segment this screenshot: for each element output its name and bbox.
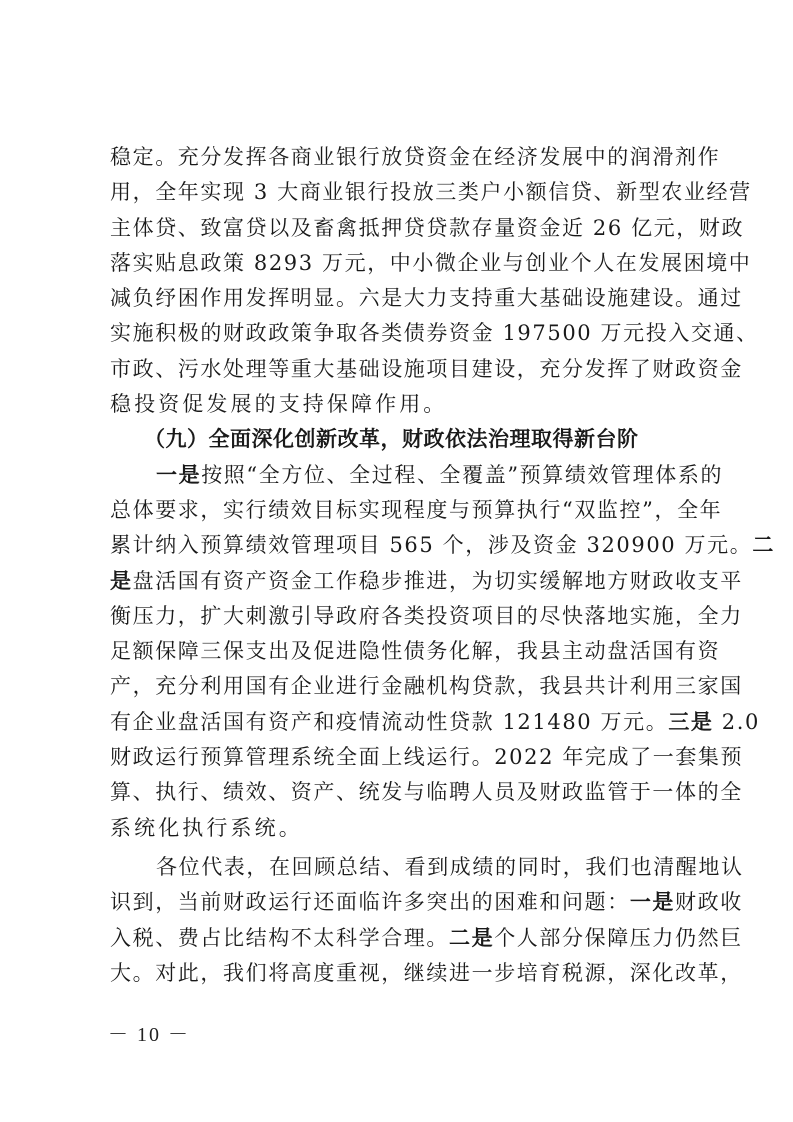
text-line: 大。对此，我们将高度重视，继续进一步培育税源，深化改革，: [110, 956, 693, 991]
text-line: 减负纾困作用发挥明显。六是大力支持重大基础设施建设。通过: [110, 281, 693, 316]
bold-marker: 三是: [668, 710, 713, 734]
text-span: 财政收: [675, 890, 743, 914]
text-line: 足额保障三保支出及促进隐性债务化解，我县主动盘活国有资: [110, 634, 693, 669]
page-body: 稳定。充分发挥各商业银行放贷资金在经济发展中的润滑剂作 用，全年实现 3 大商业…: [110, 140, 693, 991]
text-line: 稳投资促发展的支持保障作用。: [110, 387, 693, 422]
text-line: 算、执行、绩效、资产、统发与临聘人员及财政监管于一体的全: [110, 775, 693, 810]
text-line: 财政运行预算管理系统全面上线运行。2022 年完成了一套集预: [110, 740, 693, 775]
text-line: 市政、污水处理等重大基础设施项目建设，充分发挥了财政资金: [110, 352, 693, 387]
bold-marker: 一是: [630, 890, 675, 914]
text-line: 入税、费占比结构不太科学合理。二是个人部分保障压力仍然巨: [110, 921, 693, 956]
text-span: 入税、费占比结构不太科学合理。: [110, 926, 449, 950]
text-span: 按照“全方位、全过程、全覆盖”预算绩效管理体系的: [201, 463, 723, 487]
text-line: 各位代表，在回顾总结、看到成绩的同时，我们也清醒地认: [110, 850, 693, 885]
text-line: 累计纳入预算绩效管理项目 565 个，涉及资金 320900 万元。二: [110, 528, 693, 563]
text-span: 识到，当前财政运行还面临许多突出的困难和问题：: [110, 890, 630, 914]
text-line: 主体贷、致富贷以及畜禽抵押贷贷款存量资金近 26 亿元，财政: [110, 211, 693, 246]
text-line: 实施积极的财政政策争取各类债券资金 197500 万元投入交通、: [110, 316, 693, 351]
text-line: 衡压力，扩大刺激引导政府各类投资项目的尽快落地实施，全力: [110, 599, 693, 634]
page-number: － 10 －: [108, 1018, 190, 1047]
text-line: 用，全年实现 3 大商业银行投放三类户小额信贷、新型农业经营: [110, 175, 693, 210]
text-line: 是盘活国有资产资金工作稳步推进，为切实缓解地方财政收支平: [110, 564, 693, 599]
bold-marker: 一是: [156, 463, 201, 487]
text-span: 有企业盘活国有资产和疫情流动性贷款 121480 万元。: [110, 710, 668, 734]
text-line: 总体要求，实行绩效目标实现程度与预算执行“双监控”，全年: [110, 493, 693, 528]
text-line: 识到，当前财政运行还面临许多突出的困难和问题：一是财政收: [110, 885, 693, 920]
bold-marker: 二: [752, 533, 775, 557]
text-line: 落实贴息政策 8293 万元，中小微企业与创业个人在发展困境中: [110, 246, 693, 281]
bold-marker: 二是: [449, 926, 494, 950]
text-line: 稳定。充分发挥各商业银行放贷资金在经济发展中的润滑剂作: [110, 140, 693, 175]
text-span: 2.0: [714, 710, 760, 734]
text-line: 系统化执行系统。: [110, 811, 693, 846]
section-heading: （九）全面深化创新改革，财政依法治理取得新台阶: [110, 422, 693, 457]
document-page: 稳定。充分发挥各商业银行放贷资金在经济发展中的润滑剂作 用，全年实现 3 大商业…: [0, 0, 793, 1122]
text-span: 累计纳入预算绩效管理项目 565 个，涉及资金 320900 万元。: [110, 533, 752, 557]
text-span: 盘活国有资产资金工作稳步推进，为切实缓解地方财政收支平: [133, 569, 743, 593]
text-line: 一是按照“全方位、全过程、全覆盖”预算绩效管理体系的: [110, 458, 693, 493]
text-span: 个人部分保障压力仍然巨: [494, 926, 743, 950]
text-line: 有企业盘活国有资产和疫情流动性贷款 121480 万元。三是 2.0: [110, 705, 693, 740]
bold-marker: 是: [110, 569, 133, 593]
text-line: 产，充分利用国有企业进行金融机构贷款，我县共计利用三家国: [110, 669, 693, 704]
